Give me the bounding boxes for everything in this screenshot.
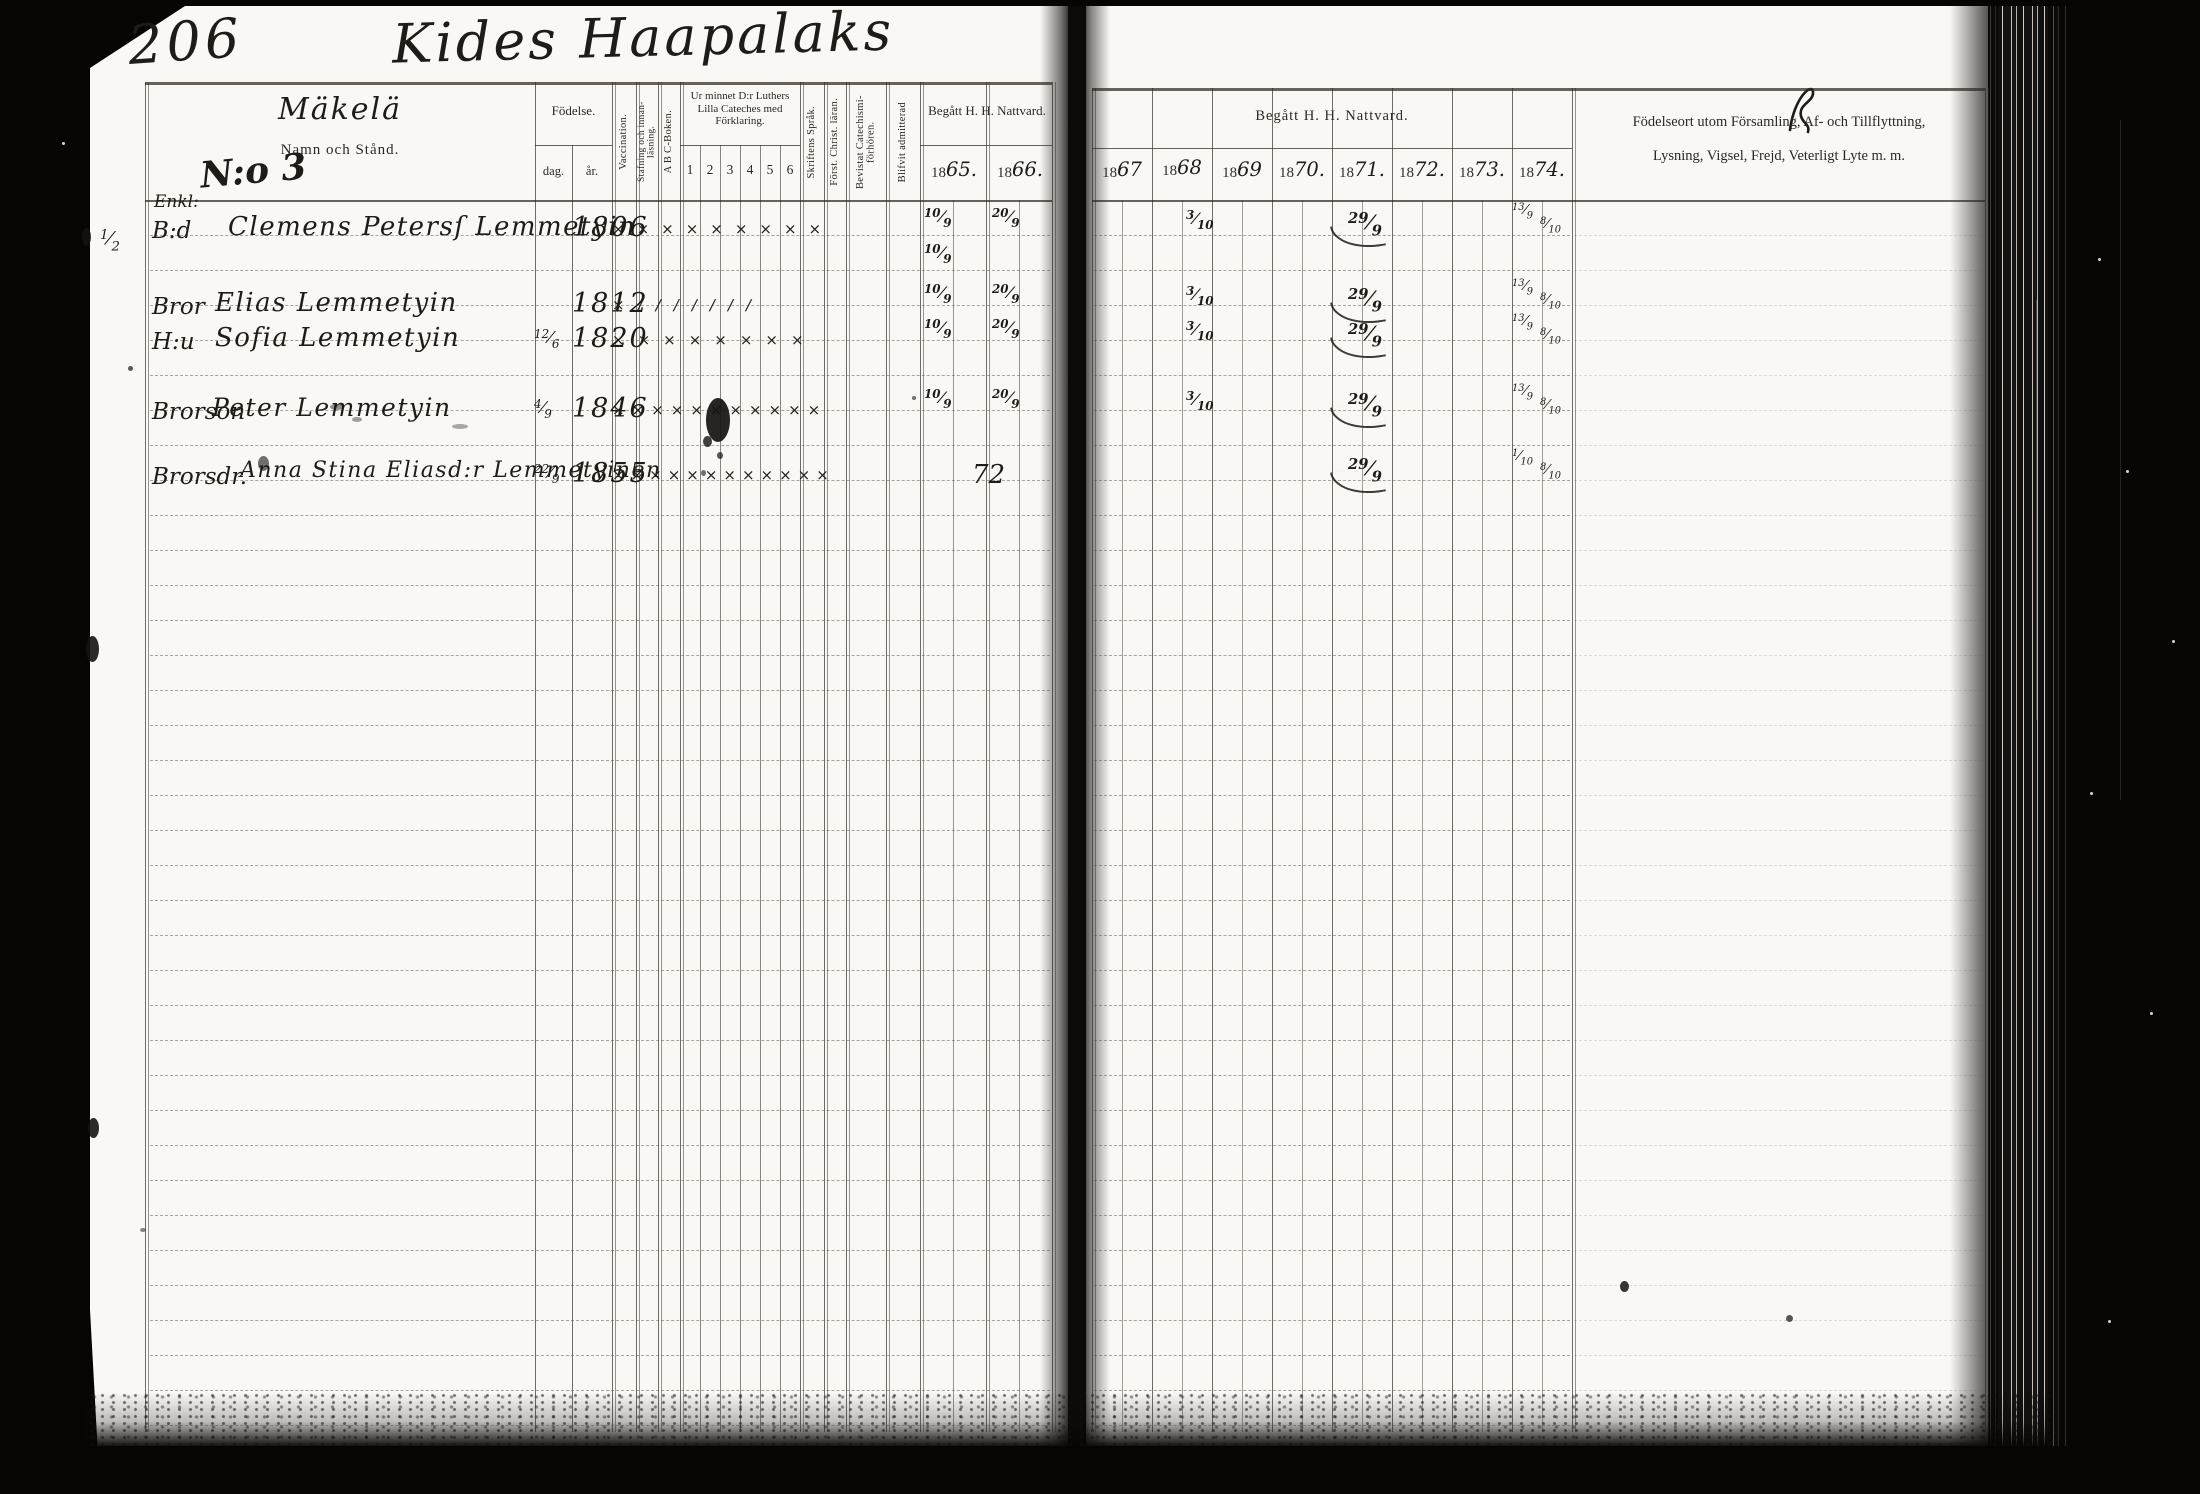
- row-guide-line: [150, 375, 1050, 376]
- row-guide-line: [1574, 935, 1982, 936]
- scanned-parish-register: 206 Kides Haapalaks Mäkelä Namn och Stån…: [0, 0, 2200, 1494]
- row-3-r1868: 3⁄10: [1186, 319, 1214, 343]
- grid-vline: [849, 82, 850, 1432]
- grid-vline: [953, 200, 954, 1432]
- row-guide-line: [1094, 1250, 1570, 1251]
- row-guide-line: [1574, 305, 1982, 306]
- grid-vline: [1052, 82, 1053, 1432]
- row-guide-line: [150, 725, 1050, 726]
- row-guide-line: [150, 445, 1050, 446]
- row-guide-line: [1094, 1215, 1570, 1216]
- row-1-marks: ×××××××××: [612, 220, 833, 238]
- page-number: 206: [126, 6, 245, 77]
- row-3-r1871: 29⁄9: [1348, 321, 1382, 350]
- grid-vline: [803, 82, 804, 1432]
- row-3-n1865: 10⁄9: [924, 317, 952, 341]
- grid-vline: [1988, 88, 1989, 1432]
- row-1-r1874a: 13⁄9: [1512, 202, 1533, 221]
- ink-blot: [86, 636, 99, 662]
- catechism-col-5: 5: [760, 162, 780, 178]
- grid-vline: [639, 82, 640, 1432]
- row-3-day: 12⁄6: [534, 327, 559, 351]
- grid-vline: [1302, 200, 1303, 1432]
- row-guide-line: [1574, 270, 1982, 271]
- grid-vline: [989, 82, 990, 1432]
- notes-column-header-line1: Födelseort utom Församling, Af- och Till…: [1588, 114, 1970, 131]
- grid-vline: [680, 82, 681, 1432]
- row-guide-line: [1094, 1040, 1570, 1041]
- row-guide-line: [1094, 690, 1570, 691]
- row-guide-line: [150, 1215, 1050, 1216]
- row-guide-line: [1094, 1285, 1570, 1286]
- row-2-r1868: 3⁄10: [1186, 284, 1214, 308]
- row-guide-line: [1094, 1355, 1570, 1356]
- row-guide-line: [1574, 1005, 1982, 1006]
- catechism-col-4: 4: [740, 162, 760, 178]
- row-guide-line: [1574, 1390, 1982, 1391]
- row-guide-line: [1574, 480, 1982, 481]
- row-guide-line: [150, 1180, 1050, 1181]
- year-header-1866: 1866.: [988, 158, 1052, 182]
- admitted-column-header: Blifvit admitterad: [886, 86, 920, 198]
- row-guide-line: [1094, 760, 1570, 761]
- row-guide-line: [1574, 1145, 1982, 1146]
- row-guide-line: [1574, 515, 1982, 516]
- row-5-r1874a: 1⁄10: [1512, 448, 1533, 467]
- grid-hline: [1092, 88, 1985, 91]
- row-guide-line: [1094, 865, 1570, 866]
- row-2-r1874b: 8⁄10: [1540, 292, 1561, 311]
- communion-group-header-left: Begått H. H. Nattvard.: [922, 104, 1052, 119]
- ink-blot: [128, 366, 133, 371]
- row-guide-line: [150, 1005, 1050, 1006]
- bottom-edge-noise: [86, 1392, 2050, 1446]
- grid-vline: [889, 82, 890, 1432]
- row-2-r1871: 29⁄9: [1348, 286, 1382, 315]
- row-guide-line: [150, 935, 1050, 936]
- row-3-r1874b: 8⁄10: [1540, 327, 1561, 346]
- ink-blot: [82, 228, 91, 246]
- row-1-rel: B:d: [152, 218, 191, 244]
- row-1-n1866: 20⁄9: [992, 206, 1020, 230]
- row-4-day: 4⁄9: [534, 397, 552, 421]
- row-guide-line: [150, 1425, 1050, 1426]
- year-header-1868: 1868: [1154, 156, 1210, 180]
- grid-vline: [535, 82, 536, 1432]
- row-guide-line: [1094, 515, 1570, 516]
- row-guide-line: [150, 1145, 1050, 1146]
- row-1-r1874b: 8⁄10: [1540, 216, 1561, 235]
- grid-vline: [1092, 88, 1093, 1432]
- row-guide-line: [150, 620, 1050, 621]
- row-5-admitted: 72: [972, 460, 1005, 490]
- ink-blot: [706, 398, 730, 442]
- grid-vline: [615, 82, 616, 1432]
- year-header-1869: 1869: [1214, 158, 1270, 182]
- row-guide-line: [1094, 1390, 1570, 1391]
- row-2-n1865: 10⁄9: [924, 282, 952, 306]
- row-guide-line: [150, 515, 1050, 516]
- row-guide-line: [1574, 1075, 1982, 1076]
- row-guide-line: [1574, 1040, 1982, 1041]
- grid-vline: [1019, 200, 1020, 1432]
- row-guide-line: [1094, 270, 1570, 271]
- scan-speck: [2098, 258, 2101, 261]
- right-page-paper: [1086, 6, 2048, 1446]
- row-4-n1866: 20⁄9: [992, 387, 1020, 411]
- grid-vline: [1572, 88, 1573, 1432]
- grid-vline: [612, 82, 613, 1432]
- row-guide-line: [150, 1110, 1050, 1111]
- grid-vline: [1055, 82, 1056, 1432]
- row-3-rel: H:u: [152, 329, 195, 355]
- grid-vline: [148, 82, 149, 1432]
- grid-vline: [986, 82, 987, 1432]
- row-guide-line: [1574, 1425, 1982, 1426]
- row-guide-line: [1094, 480, 1570, 481]
- row-3-name: Sofia Lemmetyin: [215, 323, 460, 353]
- grid-vline: [1482, 200, 1483, 1432]
- row-5-r1874b: 8⁄10: [1540, 462, 1561, 481]
- row-guide-line: [150, 1075, 1050, 1076]
- row-4-n1865: 10⁄9: [924, 387, 952, 411]
- ink-blot: [912, 396, 916, 400]
- birth-year-header: år.: [572, 164, 612, 179]
- row-guide-line: [150, 655, 1050, 656]
- row-1-r1871: 29⁄9: [1348, 210, 1382, 239]
- grid-vline: [800, 82, 801, 1432]
- grid-vline: [920, 82, 921, 1432]
- row-2-n1866: 20⁄9: [992, 282, 1020, 306]
- row-5-rel: Brorsdr.: [152, 464, 247, 490]
- row-guide-line: [1574, 1110, 1982, 1111]
- row-guide-line: [1574, 830, 1982, 831]
- row-guide-line: [1574, 970, 1982, 971]
- row-guide-line: [150, 550, 1050, 551]
- grid-vline: [1985, 88, 1986, 1432]
- row-5-day: 22⁄9: [534, 462, 559, 486]
- row-1-note: Enkl:: [154, 192, 199, 212]
- ink-blot: [140, 1228, 146, 1232]
- grid-vline: [1362, 200, 1363, 1432]
- row-1-r1868: 3⁄10: [1186, 208, 1214, 232]
- grid-vline: [886, 82, 887, 1432]
- row-guide-line: [1094, 445, 1570, 446]
- row-guide-line: [1574, 1215, 1982, 1216]
- scan-speck: [62, 142, 65, 145]
- row-guide-line: [1574, 1320, 1982, 1321]
- row-guide-line: [150, 690, 1050, 691]
- notes-column-header-line2: Lysning, Vigsel, Frejd, Veterligt Lyte m…: [1588, 148, 1970, 165]
- row-3-marks: ××××××××: [612, 331, 817, 349]
- scan-speck: [2126, 470, 2129, 473]
- grid-hline: [145, 82, 1052, 85]
- page-edge-texture: [1988, 6, 2068, 1446]
- row-guide-line: [150, 1355, 1050, 1356]
- row-4-r1868: 3⁄10: [1186, 389, 1214, 413]
- book-gutter-shadow: [1040, 6, 1110, 1446]
- row-guide-line: [150, 1250, 1050, 1251]
- row-guide-line: [1094, 550, 1570, 551]
- ink-blot: [330, 404, 344, 410]
- grid-hline: [535, 145, 612, 146]
- scan-speck: [2172, 640, 2175, 643]
- grid-vline: [636, 82, 637, 1432]
- row-guide-line: [1574, 1285, 1982, 1286]
- row-guide-line: [150, 585, 1050, 586]
- ink-blot: [452, 424, 468, 429]
- row-guide-line: [1574, 690, 1982, 691]
- row-2-r1874a: 13⁄9: [1512, 278, 1533, 297]
- page-title: Kides Haapalaks: [391, 0, 895, 76]
- row-guide-line: [1094, 235, 1570, 236]
- grid-vline: [1542, 200, 1543, 1432]
- grid-vline: [827, 82, 828, 1432]
- grid-vline: [1182, 200, 1183, 1432]
- row-guide-line: [1574, 655, 1982, 656]
- catechism-group-header: Ur minnet D:r Luthers Lilla Cateches med…: [682, 90, 798, 128]
- catechism-col-2: 2: [700, 162, 720, 178]
- row-guide-line: [1574, 375, 1982, 376]
- catechism-meeting-column-header: Bevistat Catechismi-förhören.: [846, 86, 886, 198]
- row-guide-line: [150, 865, 1050, 866]
- row-guide-line: [1574, 760, 1982, 761]
- row-guide-line: [1574, 1355, 1982, 1356]
- year-header-1865: 1865.: [922, 158, 986, 182]
- row-1-n1865b: 10⁄9: [924, 242, 952, 266]
- year-header-1867: 1867: [1094, 158, 1150, 182]
- row-guide-line: [150, 1320, 1050, 1321]
- row-guide-line: [1574, 620, 1982, 621]
- grid-vline: [683, 82, 684, 1432]
- row-guide-line: [1574, 410, 1982, 411]
- row-guide-line: [150, 970, 1050, 971]
- ink-blot: [1786, 1315, 1793, 1322]
- scan-speck: [2108, 1320, 2111, 1323]
- row-guide-line: [150, 830, 1050, 831]
- row-5-marks: ××××××××××××: [612, 466, 835, 484]
- row-2-name: Elias Lemmetyin: [215, 288, 458, 318]
- row-guide-line: [1094, 1110, 1570, 1111]
- page-edge-fade: [1950, 6, 1998, 1446]
- row-guide-line: [1574, 725, 1982, 726]
- row-guide-line: [1574, 1180, 1982, 1181]
- row-1-margin: 1⁄2: [100, 228, 120, 254]
- scan-speck: [2150, 1012, 2153, 1015]
- grid-vline: [1122, 200, 1123, 1432]
- row-guide-line: [1094, 1005, 1570, 1006]
- row-4-r1871: 29⁄9: [1348, 391, 1382, 420]
- row-guide-line: [1094, 1320, 1570, 1321]
- ink-blot: [258, 456, 269, 471]
- ink-blot: [701, 470, 706, 476]
- grid-hline: [145, 200, 1052, 202]
- grid-vline: [658, 82, 659, 1432]
- scan-scratch: [2120, 120, 2121, 800]
- grid-vline: [1422, 200, 1423, 1432]
- row-guide-line: [1094, 585, 1570, 586]
- row-guide-line: [1094, 830, 1570, 831]
- year-header-1872: 1872.: [1394, 158, 1450, 182]
- row-guide-line: [1574, 900, 1982, 901]
- row-guide-line: [150, 795, 1050, 796]
- household-name: Mäkelä: [200, 92, 480, 127]
- row-3-r1874a: 13⁄9: [1512, 313, 1533, 332]
- row-guide-line: [1574, 340, 1982, 341]
- row-guide-line: [150, 1285, 1050, 1286]
- row-guide-line: [150, 270, 1050, 271]
- ink-blot: [352, 417, 362, 422]
- row-guide-line: [1094, 935, 1570, 936]
- ink-blot: [88, 1118, 99, 1138]
- row-2-marks: ×∕∕∕∕∕∕∕: [612, 296, 764, 314]
- grid-vline: [1242, 200, 1243, 1432]
- grid-vline: [846, 82, 847, 1432]
- ink-blot: [1620, 1281, 1629, 1292]
- row-guide-line: [1574, 795, 1982, 796]
- row-guide-line: [150, 900, 1050, 901]
- row-4-r1874a: 13⁄9: [1512, 383, 1533, 402]
- row-guide-line: [1094, 655, 1570, 656]
- row-guide-line: [1094, 1075, 1570, 1076]
- row-guide-line: [1094, 1180, 1570, 1181]
- row-2-rel: Bror: [152, 294, 205, 320]
- catechism-col-3: 3: [720, 162, 740, 178]
- row-3-n1866: 20⁄9: [992, 317, 1020, 341]
- row-guide-line: [1574, 445, 1982, 446]
- scan-speck: [2090, 792, 2093, 795]
- grid-hline: [1092, 200, 1985, 202]
- ink-blot: [717, 452, 723, 459]
- row-guide-line: [150, 1040, 1050, 1041]
- row-guide-line: [1094, 1425, 1570, 1426]
- row-4-r1874b: 8⁄10: [1540, 397, 1561, 416]
- row-5-r1871: 29⁄9: [1348, 456, 1382, 485]
- row-guide-line: [150, 1390, 1050, 1391]
- row-guide-line: [1574, 550, 1982, 551]
- row-guide-line: [150, 760, 1050, 761]
- grid-vline: [661, 82, 662, 1432]
- row-guide-line: [1574, 865, 1982, 866]
- row-1-n1865: 10⁄9: [924, 206, 952, 230]
- catechism-col-6: 6: [780, 162, 800, 178]
- row-guide-line: [1094, 1145, 1570, 1146]
- row-guide-line: [1094, 375, 1570, 376]
- row-guide-line: [1094, 795, 1570, 796]
- birth-column-header: Födelse.: [535, 104, 612, 119]
- year-header-1874: 1874.: [1514, 158, 1570, 182]
- row-guide-line: [1094, 620, 1570, 621]
- row-guide-line: [1094, 970, 1570, 971]
- row-guide-line: [1094, 725, 1570, 726]
- birth-day-header: dag.: [535, 164, 572, 179]
- grid-vline: [824, 82, 825, 1432]
- scan-scratch: [2036, 300, 2038, 720]
- year-header-1871: 1871.: [1334, 158, 1390, 182]
- ink-blot: [703, 436, 712, 447]
- row-guide-line: [1574, 235, 1982, 236]
- year-header-1870: 1870.: [1274, 158, 1330, 182]
- year-header-1873: 1873.: [1454, 158, 1510, 182]
- row-guide-line: [1574, 1250, 1982, 1251]
- row-guide-line: [1574, 585, 1982, 586]
- row-guide-line: [1094, 900, 1570, 901]
